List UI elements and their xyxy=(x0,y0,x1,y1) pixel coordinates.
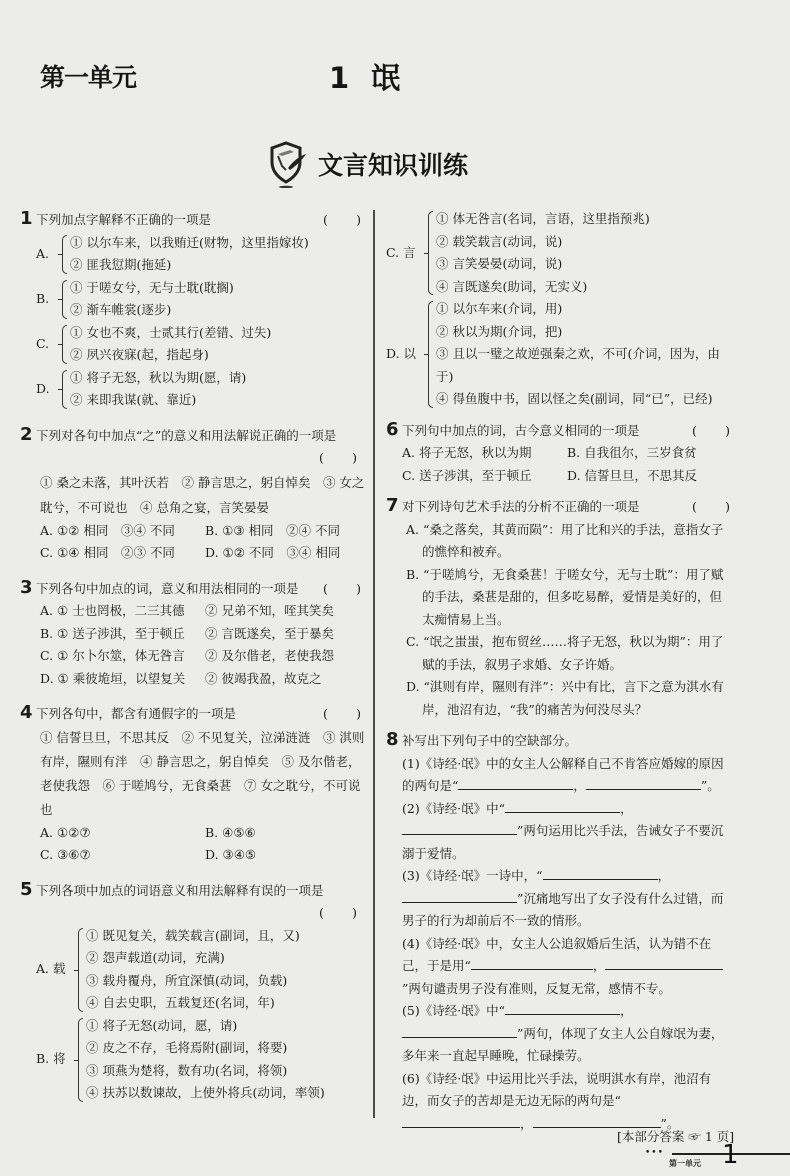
option-a[interactable]: A. “桑之落矣，其黄而陨”：用了比和兴的手法，意指女子的憔悴和被弃。 xyxy=(386,519,734,564)
question-5: 5 下列各项中加点的词语意义和用法解释有误的一项是 () A. 载 ① 既见复关… xyxy=(20,879,365,1105)
question-passage: ① 桑之未落，其叶沃若 ② 静言思之，躬自悼矣 ③ 女之耽兮，不可说也 ④ 总角… xyxy=(20,470,365,520)
option-a[interactable]: A. ①②⑦ xyxy=(40,822,205,845)
question-stem: 下列对各句中加点“之”的意义和用法解说正确的一项是 xyxy=(36,425,365,448)
blank-input[interactable] xyxy=(402,1114,520,1128)
blank-input[interactable] xyxy=(402,1024,517,1038)
brace-icon xyxy=(424,298,433,411)
brace-icon xyxy=(74,1015,83,1105)
question-4: 4 下列各句中，都含有通假字的一项是 () ① 信誓旦旦，不思其反 ② 不见复关… xyxy=(20,702,365,867)
brace-icon xyxy=(58,232,67,277)
question-stem: 下列加点字解释不正确的一项是 xyxy=(36,212,211,227)
blank-input[interactable] xyxy=(458,776,573,790)
option-b[interactable]: B. “于嗟鸠兮，无食桑葚！于嗟女兮，无与士耽”：用了赋的手法，桑葚是甜的，但多… xyxy=(386,564,734,632)
question-8: 8 补写出下列句子中的空缺部分。 (1)《诗经·氓》中的女主人公解释自己不肯答应… xyxy=(386,729,734,1135)
option-b[interactable]: B. 将 ① 将子无怒(动词，愿，请) ② 皮之不存，毛将焉附(副词，将要) ③… xyxy=(36,1015,365,1105)
column-divider xyxy=(373,210,375,1118)
option-c[interactable]: C. ① 女也不爽，士贰其行(差错、过失) ② 夙兴夜寐(起，指起身) xyxy=(36,322,365,367)
question-stem: 下列各句中，都含有通假字的一项是 xyxy=(36,706,236,721)
workbook-page: 第一单元 1氓 文言知识训练 1 下列加点字解释不正确的一项是 () A. xyxy=(0,0,790,1176)
question-number: 7 xyxy=(386,495,402,517)
lesson-number: 1 xyxy=(329,61,349,95)
footer-dots: ••• xyxy=(645,1148,664,1158)
question-stem: 补写出下列句子中的空缺部分。 xyxy=(402,730,734,753)
question-number: 8 xyxy=(386,729,402,751)
option-a[interactable]: A. ① 以尔车来，以我贿迁(财物，这里指嫁妆) ② 匪我愆期(拖延) xyxy=(36,232,365,277)
option-b[interactable]: B. ① 于嗟女兮，无与士耽(耽搁) ② 渐车帷裳(逐步) xyxy=(36,277,365,322)
blank-input[interactable] xyxy=(533,1114,661,1128)
option-a[interactable]: A. ① 士也罔极，二三其德 ② 兄弟不知，咥其笑矣 xyxy=(20,600,365,623)
answer-paren[interactable]: () xyxy=(323,209,361,232)
question-number: 4 xyxy=(20,702,36,724)
option-d[interactable]: D. 信誓旦旦，不思其反 xyxy=(567,465,734,488)
option-d[interactable]: D. ③④⑤ xyxy=(205,844,365,867)
fill-blank-1: (1)《诗经·氓》中的女主人公解释自己不肯答应婚嫁的原因的两句是“，”。 xyxy=(402,753,734,798)
section-title: 文言知识训练 xyxy=(318,146,468,182)
question-5-continued: C. 言 ① 体无咎言(名词，言语，这里指预兆) ② 载笑载言(动词，说) ③ … xyxy=(386,208,734,411)
answer-paren[interactable]: () xyxy=(692,420,730,443)
question-2: 2 下列对各句中加点“之”的意义和用法解说正确的一项是 () ① 桑之未落，其叶… xyxy=(20,424,365,565)
question-stem: 下列句中加点的词，古今意义相同的一项是 xyxy=(402,423,640,438)
option-d[interactable]: D. 以 ① 以尔车来(介词，用) ② 秋以为期(介词，把) ③ 且以一璧之故逆… xyxy=(386,298,734,411)
question-6: 6 下列句中加点的词，古今意义相同的一项是 () A. 将子无怒，秋以为期 B.… xyxy=(386,419,734,488)
question-1: 1 下列加点字解释不正确的一项是 () A. ① 以尔车来，以我贿迁(财物，这里… xyxy=(20,208,365,412)
option-b[interactable]: B. 自我徂尔，三岁食贫 xyxy=(567,442,734,465)
question-3: 3 下列各句中加点的词，意义和用法相同的一项是 () A. ① 士也罔极，二三其… xyxy=(20,577,365,691)
blank-input[interactable] xyxy=(402,889,517,903)
answer-paren[interactable]: () xyxy=(319,447,357,470)
blank-input[interactable] xyxy=(471,956,593,970)
option-c[interactable]: C. ①④ 相同 ②③ 不同 xyxy=(40,542,205,565)
right-column: C. 言 ① 体无咎言(名词，言语，这里指预兆) ② 载笑载言(动词，说) ③ … xyxy=(386,208,734,1135)
option-d[interactable]: D. ① 乘彼垝垣，以望复关 ② 彼竭我盈，故克之 xyxy=(20,668,365,691)
question-number: 2 xyxy=(20,424,36,446)
blank-input[interactable] xyxy=(505,799,620,813)
question-number: 6 xyxy=(386,419,402,441)
option-a[interactable]: A. 载 ① 既见复关，载笑载言(副词，且，又) ② 怨声载道(动词，充满) ③… xyxy=(36,925,365,1015)
fill-blank-3: (3)《诗经·氓》一诗中，“，”沉痛地写出了女子没有什么过错，而男子的行为却前后… xyxy=(402,865,734,933)
answer-paren[interactable]: () xyxy=(319,902,357,925)
option-b[interactable]: B. ① 送子涉淇，至于顿丘 ② 言既遂矣，至于暴矣 xyxy=(20,623,365,646)
left-column: 1 下列加点字解释不正确的一项是 () A. ① 以尔车来，以我贿迁(财物，这里… xyxy=(20,208,365,1105)
blank-input[interactable] xyxy=(543,866,658,880)
brace-icon xyxy=(58,277,67,322)
option-c[interactable]: C. ③⑥⑦ xyxy=(40,844,205,867)
brace-icon xyxy=(74,925,83,1015)
unit-title: 第一单元 xyxy=(40,58,136,94)
option-d[interactable]: D. “淇则有岸，隰则有泮”：兴中有比，言下之意为淇水有岸，池沼有边，“我”的痛… xyxy=(386,676,734,721)
option-d[interactable]: D. ① 将子无怒，秋以为期(愿，请) ② 来即我谋(就、靠近) xyxy=(36,367,365,412)
section-header: 文言知识训练 xyxy=(268,140,468,188)
footer-unit-label: 第一单元 xyxy=(669,1158,701,1169)
blank-input[interactable] xyxy=(505,1001,620,1015)
shield-quill-icon xyxy=(268,140,308,188)
fill-blank-4: (4)《诗经·氓》中，女主人公追叙婚后生活，认为错不在己，于是用“，”两句谴责男… xyxy=(402,933,734,1001)
question-number: 5 xyxy=(20,879,36,901)
question-7: 7 对下列诗句艺术手法的分析不正确的一项是 () A. “桑之落矣，其黄而陨”：… xyxy=(386,495,734,721)
question-number: 3 xyxy=(20,577,36,599)
question-number: 1 xyxy=(20,208,36,230)
answer-paren[interactable]: () xyxy=(323,703,361,726)
option-c[interactable]: C. ① 尔卜尔筮，体无咎言 ② 及尔偕老，老使我怨 xyxy=(20,645,365,668)
question-stem: 对下列诗句艺术手法的分析不正确的一项是 xyxy=(402,499,640,514)
answer-paren[interactable]: () xyxy=(323,578,361,601)
option-c[interactable]: C. 送子涉淇，至于顿丘 xyxy=(402,465,567,488)
question-stem: 下列各句中加点的词，意义和用法相同的一项是 xyxy=(36,581,299,596)
option-a[interactable]: A. ①② 相同 ③④ 不同 xyxy=(40,520,205,543)
page-number: 1 xyxy=(722,1140,739,1170)
option-b[interactable]: B. ④⑤⑥ xyxy=(205,822,365,845)
blank-input[interactable] xyxy=(605,956,723,970)
option-b[interactable]: B. ①③ 相同 ②④ 不同 xyxy=(205,520,365,543)
option-c[interactable]: C. 言 ① 体无咎言(名词，言语，这里指预兆) ② 载笑载言(动词，说) ③ … xyxy=(386,208,734,298)
option-c[interactable]: C. “氓之蚩蚩，抱布贸丝……将子无怒，秋以为期”：用了赋的手法，叙男子求婚、女… xyxy=(386,631,734,676)
blank-input[interactable] xyxy=(402,821,517,835)
brace-icon xyxy=(58,367,67,412)
question-stem: 下列各项中加点的词语意义和用法解释有误的一项是 xyxy=(36,880,365,903)
lesson-title: 1氓 xyxy=(329,56,400,97)
lesson-name: 氓 xyxy=(371,61,400,95)
answer-reference-link[interactable]: [本部分答案 ☞ 1 页] xyxy=(617,1127,734,1145)
brace-icon xyxy=(424,208,433,298)
brace-icon xyxy=(58,322,67,367)
fill-blank-5: (5)《诗经·氓》中“，”两句，体现了女主人公自嫁氓为妻，多年来一直起早睡晚，忙… xyxy=(402,1000,734,1068)
question-passage: ① 信誓旦旦，不思其反 ② 不见复关，泣涕涟涟 ③ 淇则有岸，隰则有泮 ④ 静言… xyxy=(20,726,365,822)
fill-blank-2: (2)《诗经·氓》中“，”两句运用比兴手法，告诫女子不要沉溺于爱情。 xyxy=(402,798,734,866)
option-a[interactable]: A. 将子无怒，秋以为期 xyxy=(402,442,567,465)
fill-blank-6: (6)《诗经·氓》中运用比兴手法，说明淇水有岸，池沼有边，而女子的苦却是无边无际… xyxy=(402,1068,734,1136)
option-d[interactable]: D. ①② 不同 ③④ 相同 xyxy=(205,542,365,565)
blank-input[interactable] xyxy=(586,776,701,790)
answer-paren[interactable]: () xyxy=(692,496,730,519)
